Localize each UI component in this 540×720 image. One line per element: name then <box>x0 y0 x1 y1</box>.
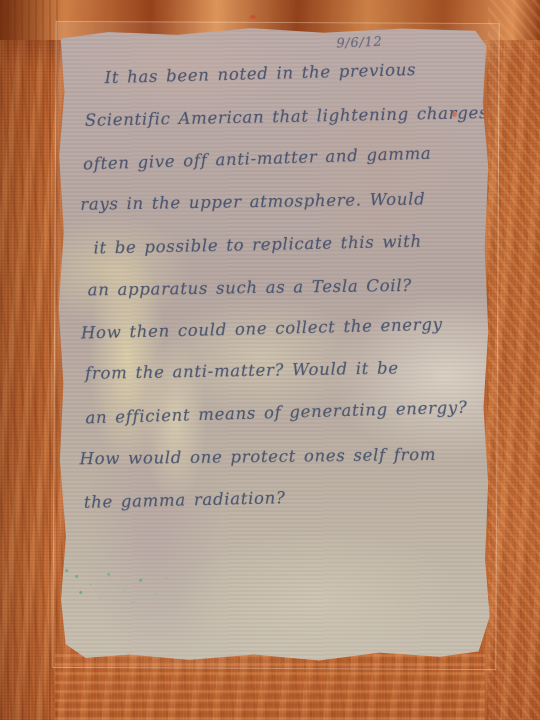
red-paint-speck <box>250 15 256 19</box>
handwriting-line-10: How would one protect ones self from <box>79 445 436 468</box>
red-paint-speck <box>452 112 457 117</box>
handwriting-line-4: rays in the upper atmosphere. Would <box>80 189 425 213</box>
teal-paint-speckles <box>65 569 68 572</box>
handmade-paper-note: 9/6/12 It has been noted in the previous… <box>56 27 491 663</box>
handwriting-line-9: an efficient means of generating energy? <box>85 398 468 428</box>
painting-photo: 9/6/12 It has been noted in the previous… <box>0 0 540 720</box>
copper-brush-left-edge <box>0 0 60 720</box>
handwriting-line-3: often give off anti-matter and gamma <box>83 144 432 174</box>
handwriting-line-6: an apparatus such as a Tesla Coil? <box>88 276 412 300</box>
handwriting-line-1: It has been noted in the previous <box>104 60 416 87</box>
note-date: 9/6/12 <box>336 35 383 52</box>
handwriting-line-2: Scientific American that lightening char… <box>85 103 489 130</box>
handwriting-line-7: How then could one collect the energy <box>81 315 443 343</box>
handwriting-line-5: it be possible to replicate this with <box>93 232 422 258</box>
handwriting-line-11: the gamma radiation? <box>84 488 286 512</box>
handwriting-line-8: from the anti-matter? Would it be <box>85 358 399 382</box>
